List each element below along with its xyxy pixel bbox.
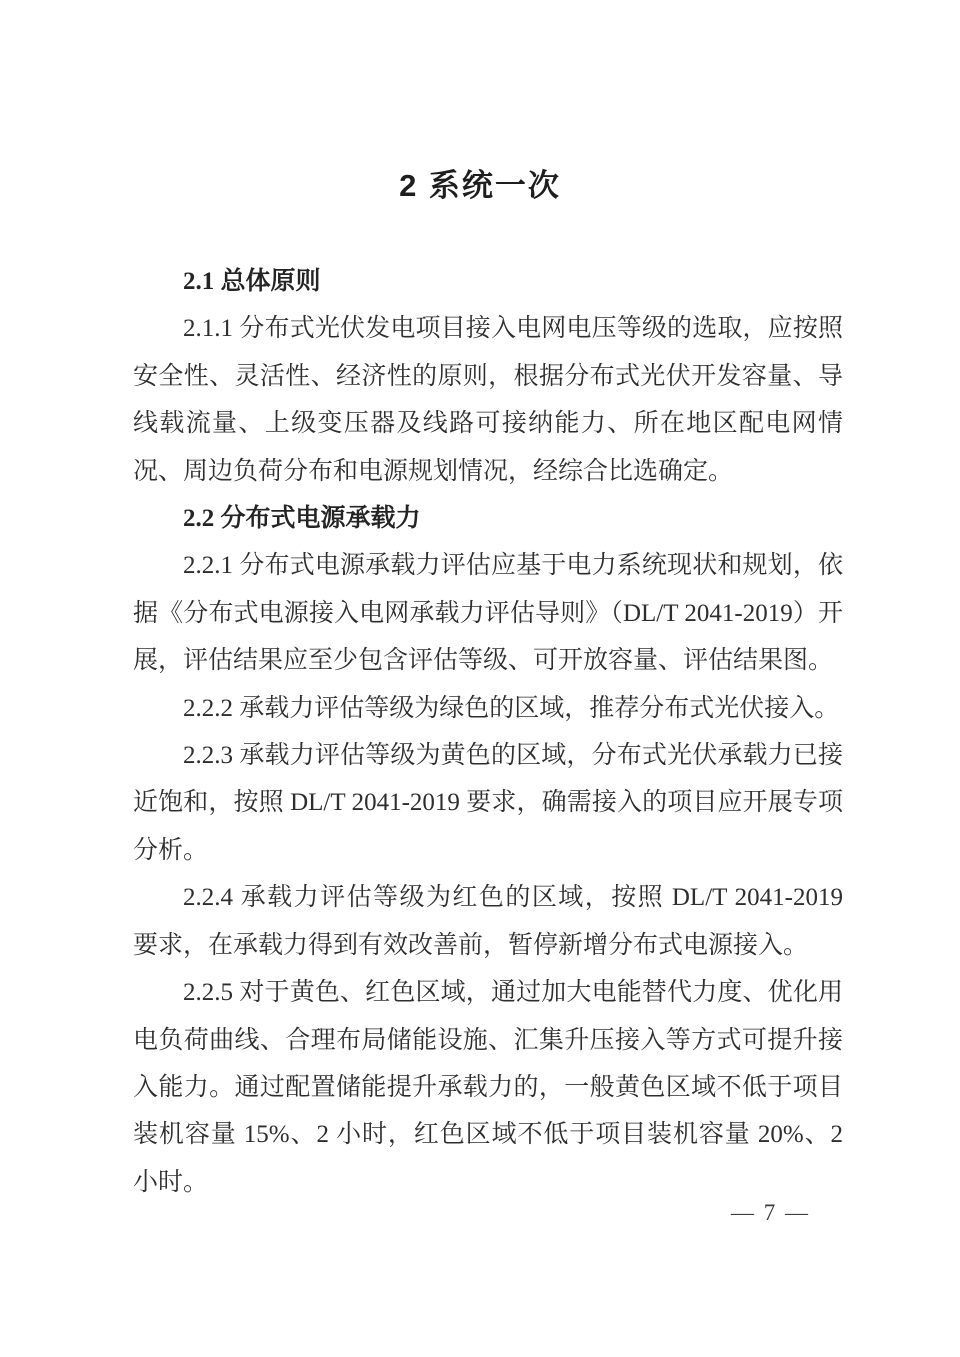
section-heading-2-1: 2.1 总体原则 bbox=[133, 258, 843, 305]
paragraph-2-2-5: 2.2.5 对于黄色、红色区域，通过加大电能替代力度、优化用电负荷曲线、合理布局… bbox=[133, 969, 843, 1206]
page-number: — 7 — bbox=[731, 1200, 810, 1226]
document-page: 2 系统一次 2.1 总体原则 2.1.1 分布式光伏发电项目接入电网电压等级的… bbox=[0, 0, 960, 1357]
paragraph-2-2-4: 2.2.4 承载力评估等级为红色的区域，按照 DL/T 2041-2019 要求… bbox=[133, 874, 843, 969]
page-title: 2 系统一次 bbox=[0, 160, 960, 205]
paragraph-2-2-1: 2.2.1 分布式电源承载力评估应基于电力系统现状和规划，依据《分布式电源接入电… bbox=[133, 542, 843, 684]
document-body: 2.1 总体原则 2.1.1 分布式光伏发电项目接入电网电压等级的选取，应按照安… bbox=[133, 258, 843, 1206]
paragraph-2-2-3: 2.2.3 承载力评估等级为黄色的区域，分布式光伏承载力已接近饱和，按照 DL/… bbox=[133, 732, 843, 874]
section-heading-2-2: 2.2 分布式电源承载力 bbox=[133, 495, 843, 542]
paragraph-2-2-2: 2.2.2 承载力评估等级为绿色的区域，推荐分布式光伏接入。 bbox=[133, 685, 843, 732]
paragraph-2-1-1: 2.1.1 分布式光伏发电项目接入电网电压等级的选取，应按照安全性、灵活性、经济… bbox=[133, 305, 843, 495]
